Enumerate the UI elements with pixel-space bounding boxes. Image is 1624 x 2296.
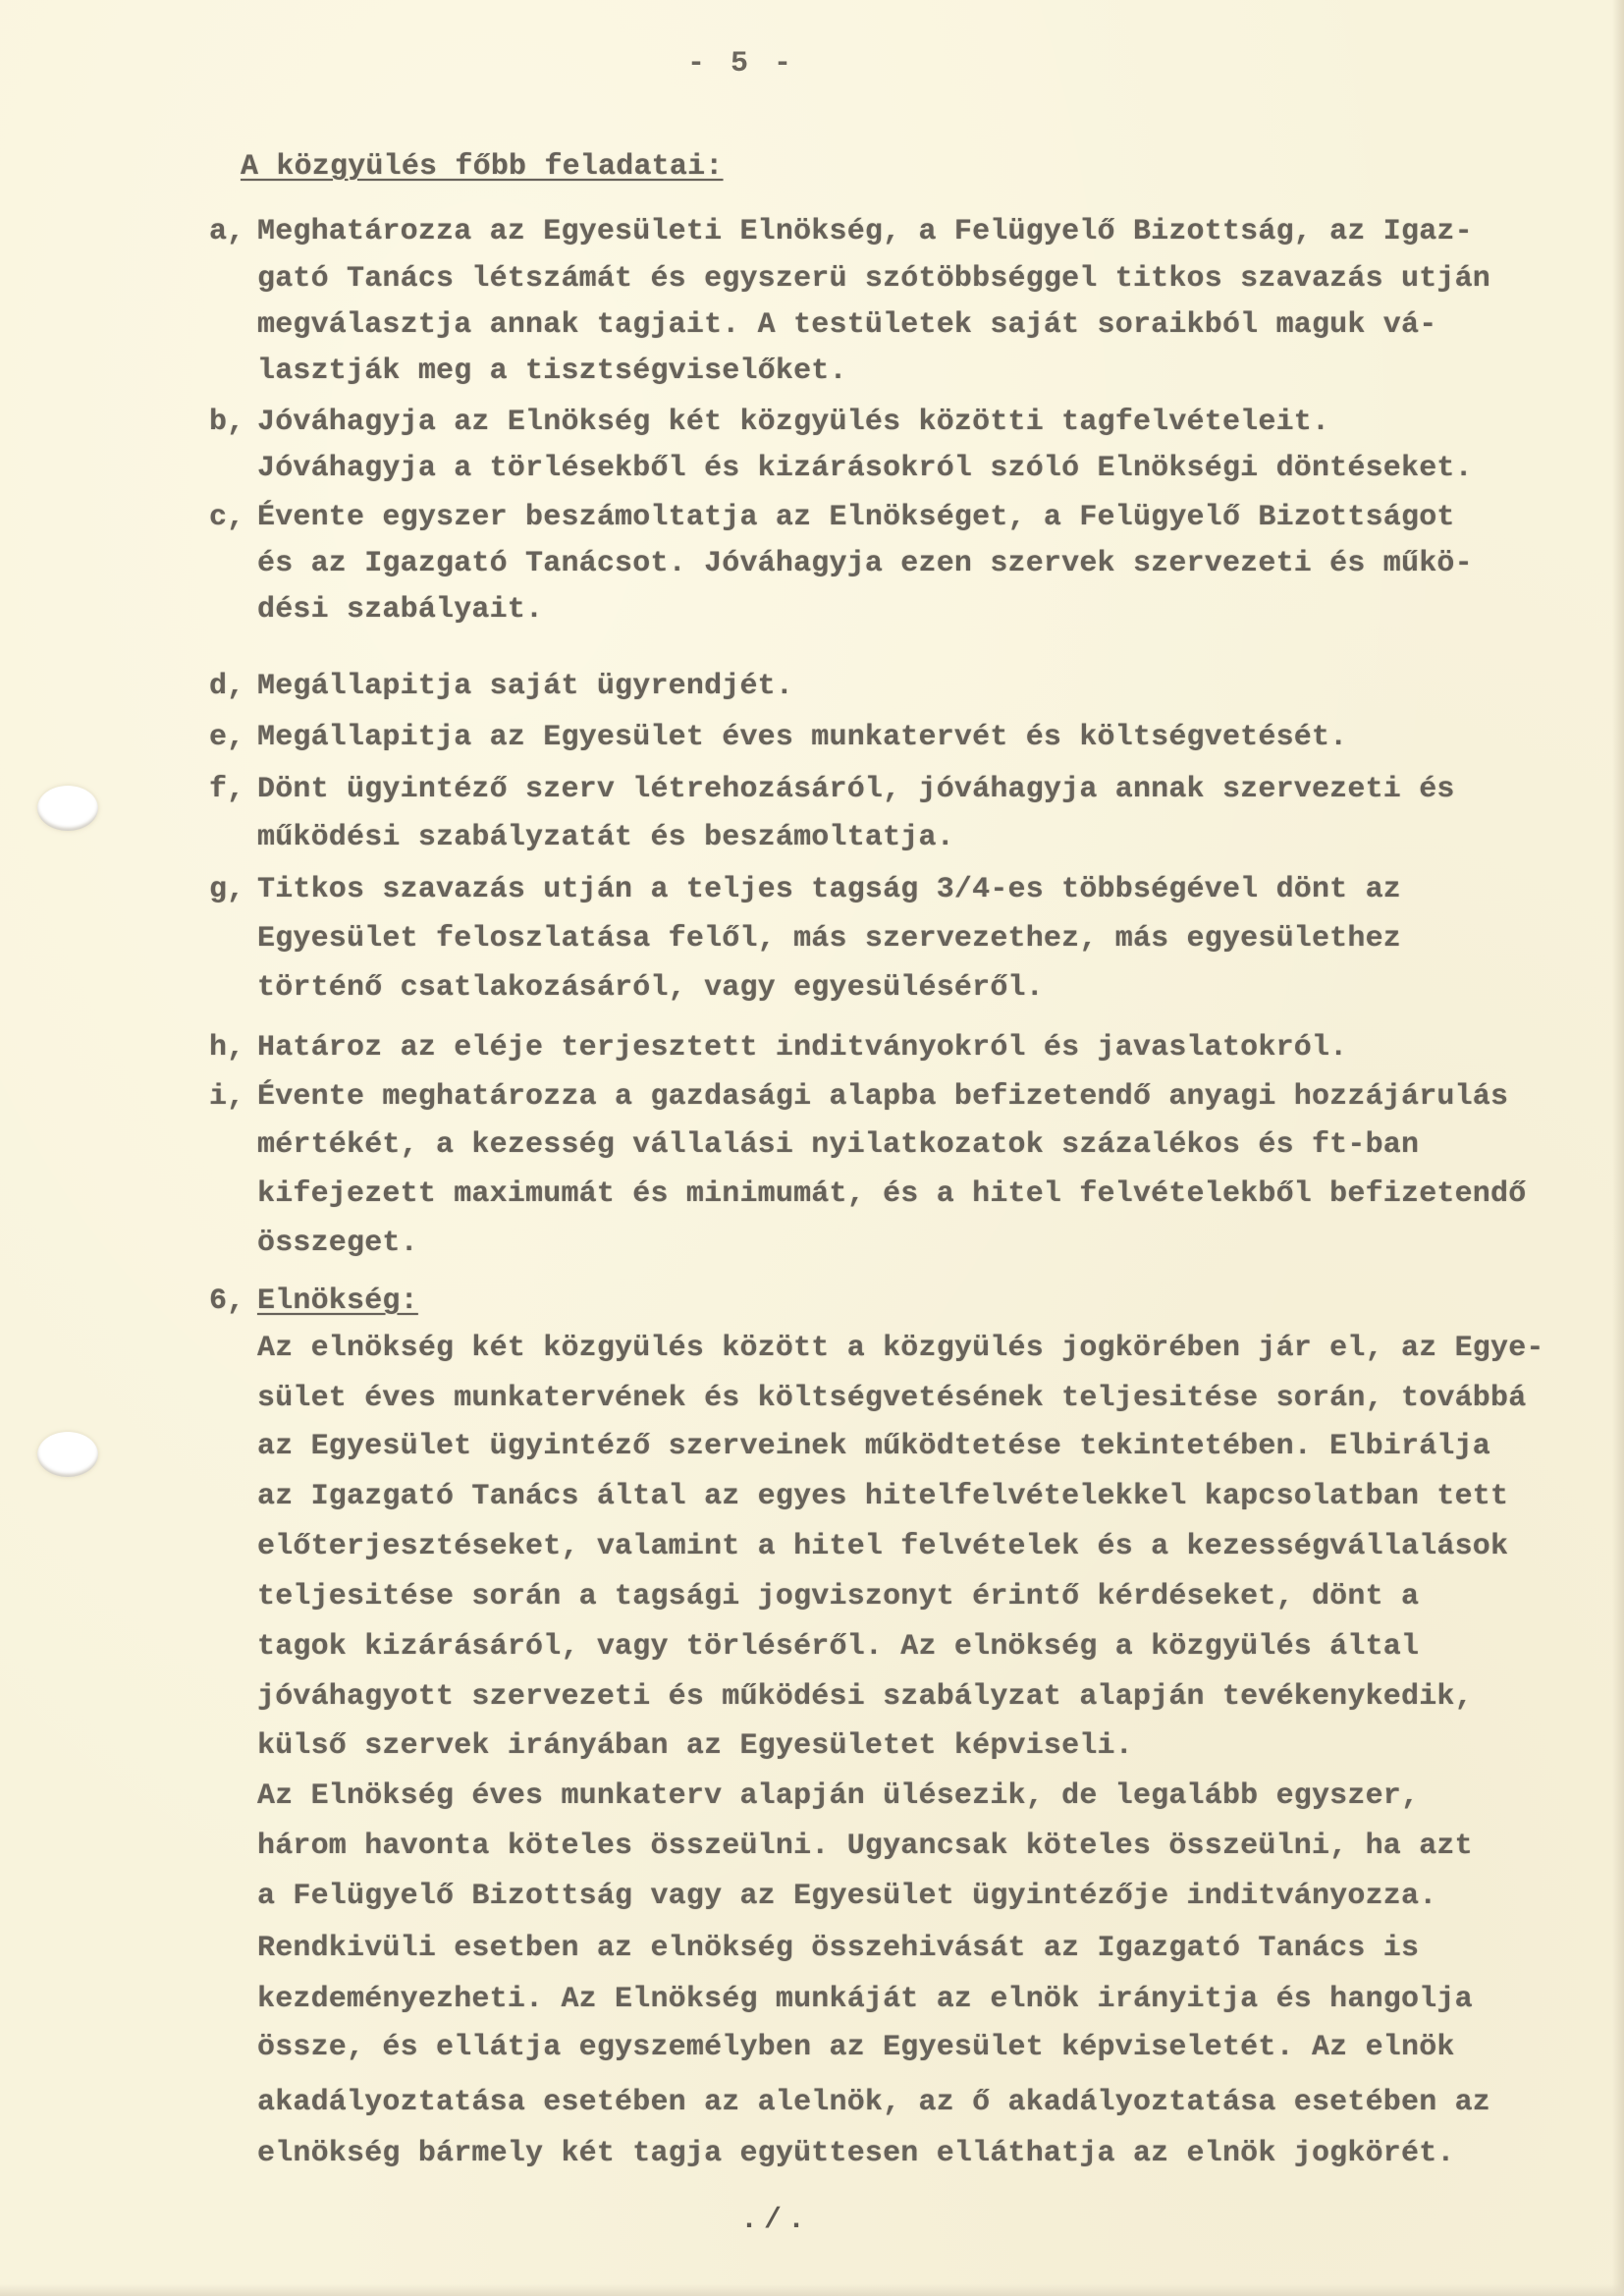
item-text-line: történő csatlakozásáról, vagy egyesülésé…: [257, 970, 1044, 1006]
section-6-text-line: kezdeményezheti. Az Elnökség munkáját az…: [257, 1982, 1473, 2017]
paper-edge-bottom: [0, 2284, 1624, 2296]
item-text-line: gató Tanács létszámát és egyszerü szótöb…: [257, 261, 1490, 297]
item-text-line: Titkos szavazás utján a teljes tagság 3/…: [257, 872, 1401, 907]
paper-edge-right: [1612, 0, 1624, 2296]
section-6-text-line: külső szervek irányában az Egyesületet k…: [257, 1728, 1133, 1764]
item-text-line: működési szabályzatát és beszámoltatja.: [257, 820, 954, 855]
item-text-line: megválasztja annak tagjait. A testületek…: [257, 307, 1436, 343]
item-label: a,: [209, 214, 244, 249]
item-text-line: Megállapitja az Egyesület éves munkaterv…: [257, 720, 1347, 755]
item-text-line: Jóváhagyja a törlésekből és kizárásokról…: [257, 451, 1473, 486]
item-text-line: kifejezett maximumát és minimumát, és a …: [257, 1176, 1526, 1212]
section-6-text-line: előterjesztéseket, valamint a hitel felv…: [257, 1529, 1508, 1564]
item-text-line: mértékét, a kezesség vállalási nyilatkoz…: [257, 1127, 1419, 1163]
item-text-line: Dönt ügyintéző szerv létrehozásáról, jóv…: [257, 772, 1455, 807]
section-6-text-line: össze, és ellátja egyszemélyben az Egyes…: [257, 2030, 1455, 2065]
section-6-text-line: sület éves munkatervének és költségvetés…: [257, 1381, 1526, 1416]
item-label: c,: [209, 500, 244, 535]
section-6-text-line: tagok kizárásáról, vagy törléséről. Az e…: [257, 1629, 1419, 1665]
page-number: - 5 -: [687, 47, 795, 81]
item-text-line: Határoz az eléje terjesztett inditványok…: [257, 1030, 1347, 1066]
item-label: d,: [209, 669, 244, 704]
item-text-line: Meghatározza az Egyesületi Elnökség, a F…: [257, 214, 1473, 249]
section-6-text-line: három havonta köteles összeülni. Ugyancs…: [257, 1829, 1473, 1864]
punch-hole-bottom: [37, 1432, 98, 1477]
section-6-title: Elnökség:: [257, 1284, 418, 1319]
section-6-text-line: a Felügyelő Bizottság vagy az Egyesület …: [257, 1879, 1436, 1914]
section-6-label: 6,: [209, 1284, 244, 1319]
item-text-line: dési szabályait.: [257, 592, 543, 628]
section-6-text-line: Az elnökség két közgyülés között a közgy…: [257, 1331, 1544, 1366]
section-6-text-line: akadályoztatása esetében az alelnök, az …: [257, 2085, 1490, 2120]
section-6-text-line: az Igazgató Tanács által az egyes hitelf…: [257, 1479, 1508, 1514]
item-label: f,: [209, 772, 244, 807]
section-6-text-line: teljesitése során a tagsági jogviszonyt …: [257, 1579, 1419, 1614]
item-text-line: és az Igazgató Tanácsot. Jóváhagyja ezen…: [257, 546, 1473, 581]
item-text-line: Megállapitja saját ügyrendjét.: [257, 669, 793, 704]
section-6-text-line: Az Elnökség éves munkaterv alapján ülése…: [257, 1778, 1419, 1814]
section-title: A közgyülés főbb feladatai:: [241, 149, 723, 185]
section-6-text-line: az Egyesület ügyintéző szerveinek működt…: [257, 1429, 1490, 1464]
item-text-line: Egyesület feloszlatása felől, más szerve…: [257, 921, 1401, 957]
item-text-line: lasztják meg a tisztségviselőket.: [257, 354, 847, 389]
item-label: h,: [209, 1030, 244, 1066]
section-6-text-line: Rendkivüli esetben az elnökség összehivá…: [257, 1931, 1419, 1966]
item-text-line: Jóváhagyja az Elnökség két közgyülés köz…: [257, 405, 1329, 440]
item-label: e,: [209, 720, 244, 755]
item-text-line: összeget.: [257, 1226, 418, 1261]
item-text-line: Évente egyszer beszámoltatja az Elnökség…: [257, 500, 1455, 535]
item-label: b,: [209, 405, 244, 440]
punch-hole-top: [37, 786, 98, 831]
item-text-line: Évente meghatározza a gazdasági alapba b…: [257, 1079, 1508, 1115]
section-6-text-line: jóváhagyott szervezeti és működési szabá…: [257, 1679, 1473, 1715]
section-6-text-line: elnökség bármely két tagja együttesen el…: [257, 2136, 1455, 2171]
item-label: g,: [209, 872, 244, 907]
continuation-mark: ./.: [717, 2204, 835, 2237]
item-label: i,: [209, 1079, 244, 1115]
